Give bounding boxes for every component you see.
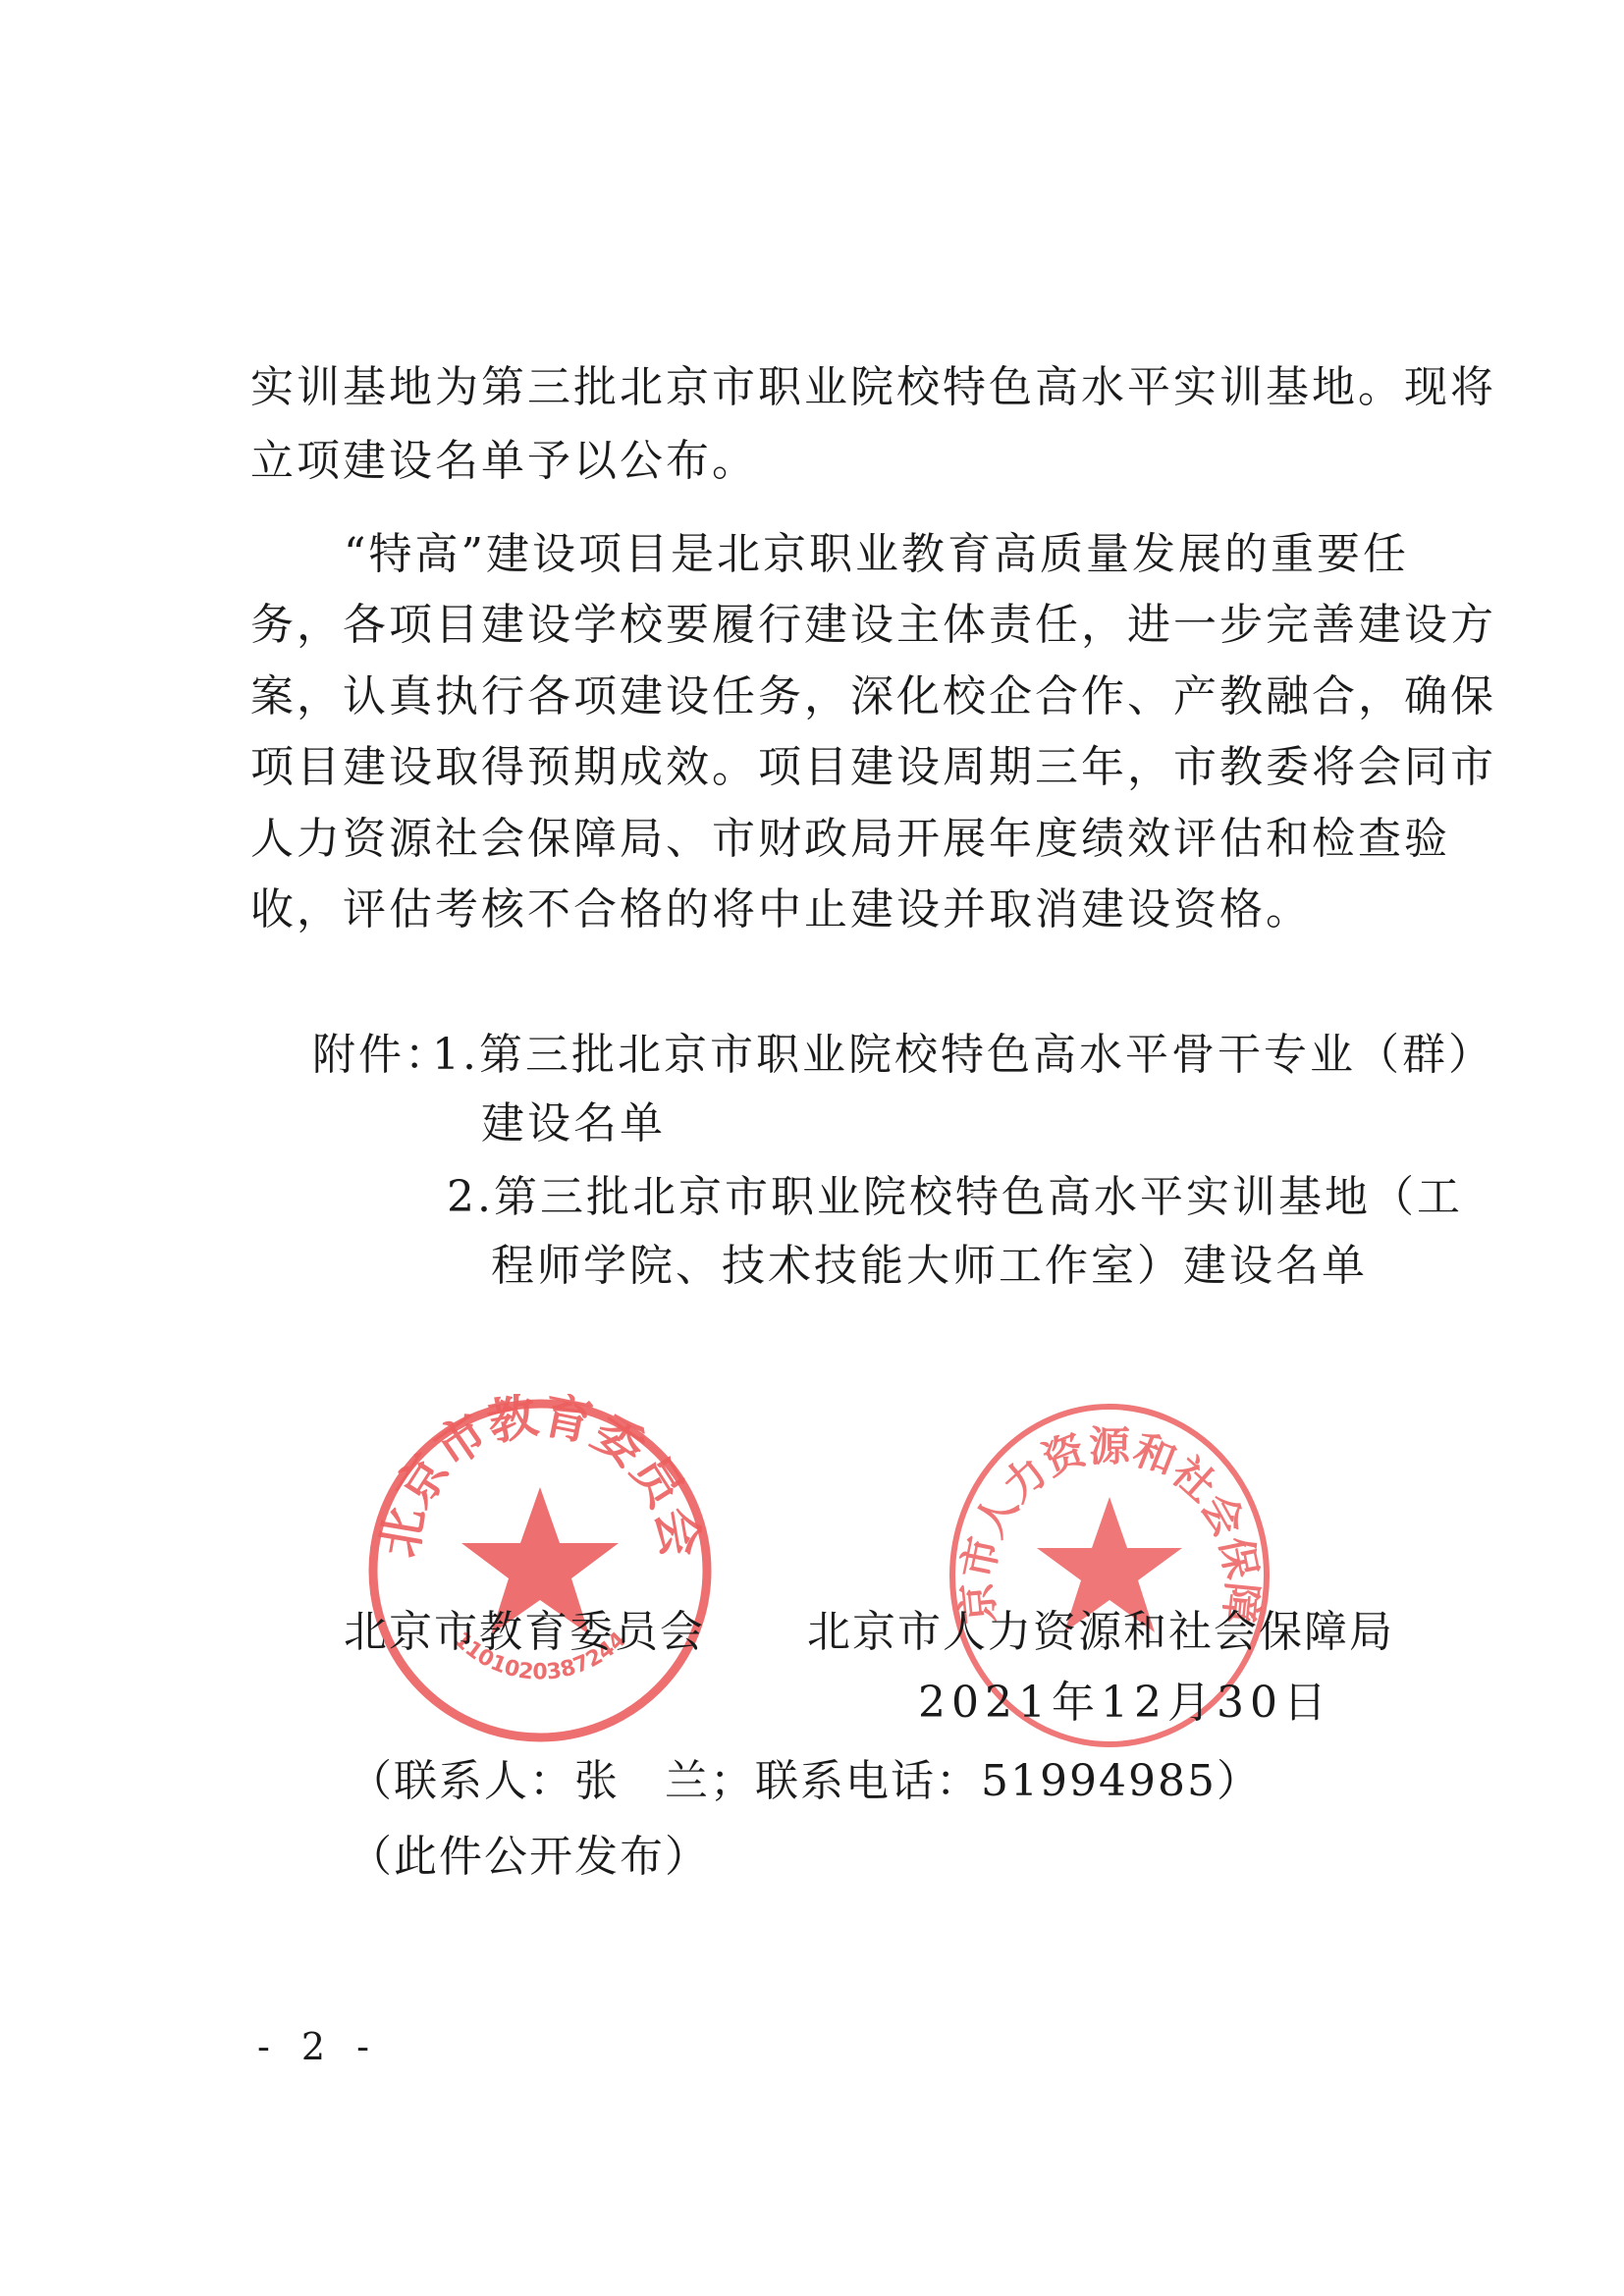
issuer-2: 北京市人力资源和社会保障局 — [807, 1605, 1394, 1660]
paragraph-2-line-3: 案，认真执行各项建设任务，深化校企合作、产教融合，确保 — [250, 669, 1496, 724]
paragraph-2-line-6: 收，评估考核不合格的将中止建设并取消建设资格。 — [250, 882, 1312, 937]
attachment-2-line-1: 2.第三批北京市职业院校特色高水平实训基地（工 — [447, 1170, 1463, 1225]
paragraph-2-line-5: 人力资源社会保障局、市财政局开展年度绩效评估和检查验 — [250, 812, 1450, 867]
paragraph-2-line-1: “特高”建设项目是北京职业教育高质量发展的重要任 — [344, 527, 1409, 582]
attachment-1-line-2: 建设名单 — [481, 1096, 666, 1151]
paragraph-1-line-2: 立项建设名单予以公布。 — [250, 434, 758, 489]
attachment-2-line-2: 程师学院、技术技能大师工作室）建设名单 — [491, 1239, 1368, 1294]
paragraph-2-line-2: 务，各项目建设学校要履行建设主体责任，进一步完善建设方 — [250, 598, 1496, 653]
page-number: - 2 - — [257, 2025, 379, 2068]
official-seal-education-commission: 北京市教育委员会 1101020387244 — [363, 1394, 717, 1747]
publication-note: （此件公开发布） — [349, 1830, 710, 1885]
seal-icon: 北京市教育委员会 1101020387244 — [363, 1394, 717, 1747]
issuer-1: 北京市教育委员会 — [344, 1605, 705, 1660]
issue-date: 2021年12月30日 — [918, 1676, 1332, 1731]
paragraph-2-line-4: 项目建设取得预期成效。项目建设周期三年，市教委将会同市 — [250, 740, 1496, 795]
paragraph-1-line-1: 实训基地为第三批北京市职业院校特色高水平实训基地。现将 — [250, 360, 1496, 415]
contact-info: （联系人：张 兰；联系电话：51994985） — [349, 1754, 1262, 1809]
attachment-1-line-1: 1.第三批北京市职业院校特色高水平骨干专业（群） — [432, 1028, 1494, 1083]
attachments-label: 附件： — [312, 1028, 451, 1083]
